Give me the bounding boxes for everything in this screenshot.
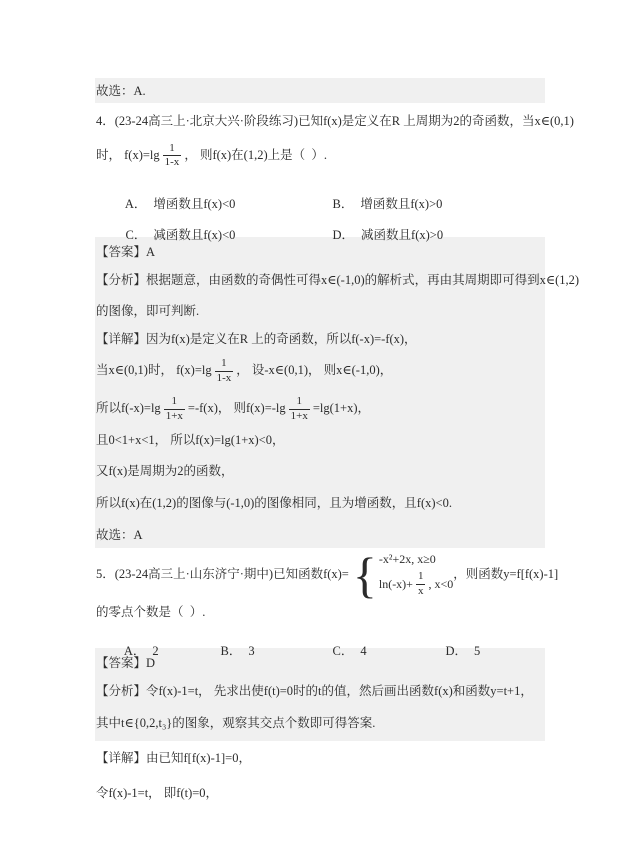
q4-choice-line: 故选：A [96,528,143,544]
q4-detail-line2-pre: 当x∈(0,1)时， f(x)=lg [96,363,212,379]
q5-option-b: B．3 [208,628,255,675]
q4-stem-line2-pre: 时， f(x)=lg [96,148,160,164]
q4-detail-line1: 【详解】因为f(x)是定义在R 上的奇函数，所以f(-x)=-f(x)， [96,332,417,348]
fraction-denominator: 1-x [163,155,182,169]
prev-answer-choice-line: 故选：A. [96,84,146,100]
q4-analysis-line1: 【分析】根据题意，由函数的奇偶性可得x∈(-1,0)的解析式，再由其周期即可得到… [96,273,579,289]
fraction: 1 1+x [164,395,185,422]
q4-stem-line2: 时， f(x)=lg 1 1-x ， 则f(x)在(1,2)上是（ ）. [96,137,327,174]
q5-stem-line1: 5．(23-24高三上·山东济宁·期中)已知函数f(x)= { -x²+2x, … [96,548,558,602]
fraction-denominator: 1+x [164,409,185,423]
fraction-numerator: 1 [219,357,229,370]
q5-analysis-line1: 【分析】令f(x)-1=t， 先求出使f(t)=0时的t的值，然后画出函数f(x… [96,684,533,700]
q4-answer-line: 【答案】A [96,245,155,261]
q4-detail-line5: 又f(x)是周期为2的函数， [96,464,234,480]
q4-detail-line2: 当x∈(0,1)时， f(x)=lg 1 1-x ， 设-x∈(0,1)， 则x… [96,353,392,389]
q4-detail-line3-pre: 所以f(-x)=lg [96,401,161,417]
q5-stem-line2: 的零点个数是（ ）. [96,605,205,621]
option-text: 4 [360,644,366,658]
q5-option-c: C．4 [320,628,367,675]
q5-option-d: D．5 [433,628,480,675]
option-text: 减函数且f(x)>0 [361,228,443,242]
fraction: 1 x [416,570,426,597]
option-text: 3 [248,644,254,658]
q4-option-d: D．减函数且f(x)>0 [320,212,443,259]
q4-analysis-line2: 的图像，即可判断. [96,304,199,320]
fraction-numerator: 1 [416,570,426,583]
option-text: 增函数且f(x)<0 [153,197,235,211]
option-text: 减函数且f(x)<0 [153,228,235,242]
case2-pre: ln(-x)+ [379,577,413,592]
option-label: C． [126,228,147,242]
document-page: 故选：A. 4．(23-24高三上·北京大兴·阶段练习)已知f(x)是定义在R … [0,0,640,863]
fraction-numerator: 1 [167,142,177,155]
q4-detail-line3: 所以f(-x)=lg 1 1+x =-f(x)， 则f(x)=-lg 1 1+x… [96,391,370,427]
q4-stem-line1: 4．(23-24高三上·北京大兴·阶段练习)已知f(x)是定义在R 上周期为2的… [96,114,574,130]
q5-detail-line1: 【详解】由已知f[f(x)-1]=0， [96,751,251,767]
option-text: 5 [474,644,480,658]
fraction-denominator: 1-x [215,371,234,385]
case2-post: , x<0 [428,577,453,592]
q4-stem-line2-post: ， 则f(x)在(1,2)上是（ ）. [184,148,327,164]
piecewise-cases: -x²+2x, x≥0 ln(-x)+ 1 x , x<0 [379,552,453,597]
q4-detail-line6: 所以f(x)在(1,2)的图像与(-1,0)的图像相同，且为增函数，且f(x)<… [96,496,452,512]
piecewise-case-2: ln(-x)+ 1 x , x<0 [379,570,453,597]
fraction: 1 1+x [289,395,310,422]
q5-analysis-line2: 其中t∈{0,2,t₃}的图象，观察其交点个数即可得答案. [96,716,375,732]
q5-detail-line2: 令f(x)-1=t， 即f(t)=0， [96,786,218,802]
q4-detail-line4: 且0<1+x<1， 所以f(x)=lg(1+x)<0， [96,433,284,449]
q4-detail-line3-mid: =-f(x)， 则f(x)=-lg [188,401,286,417]
fraction: 1 1-x [215,357,234,384]
fraction-numerator: 1 [295,395,305,408]
option-label: D． [446,644,468,658]
q5-stem-post: ，则函数y=f[f(x)-1] [453,567,558,583]
option-text: 增函数且f(x)>0 [360,197,442,211]
piecewise-case-1: -x²+2x, x≥0 [379,552,453,567]
option-label: D． [333,228,355,242]
fraction-denominator: x [416,584,426,598]
option-label: B． [221,644,242,658]
fraction: 1 1-x [163,142,182,169]
q5-answer-line: 【答案】D [96,656,155,672]
option-label: A． [125,197,147,211]
q4-detail-line2-post: ， 设-x∈(0,1)， 则x∈(-1,0)， [236,363,392,379]
q5-stem-pre: 5．(23-24高三上·山东济宁·期中)已知函数f(x)= [96,567,349,583]
q4-detail-line3-post: =lg(1+x)， [313,401,370,417]
option-label: B． [333,197,354,211]
piecewise-brace: { [353,553,377,598]
fraction-numerator: 1 [170,395,180,408]
fraction-denominator: 1+x [289,409,310,423]
option-label: C． [333,644,354,658]
highlight-band-1 [95,78,545,103]
